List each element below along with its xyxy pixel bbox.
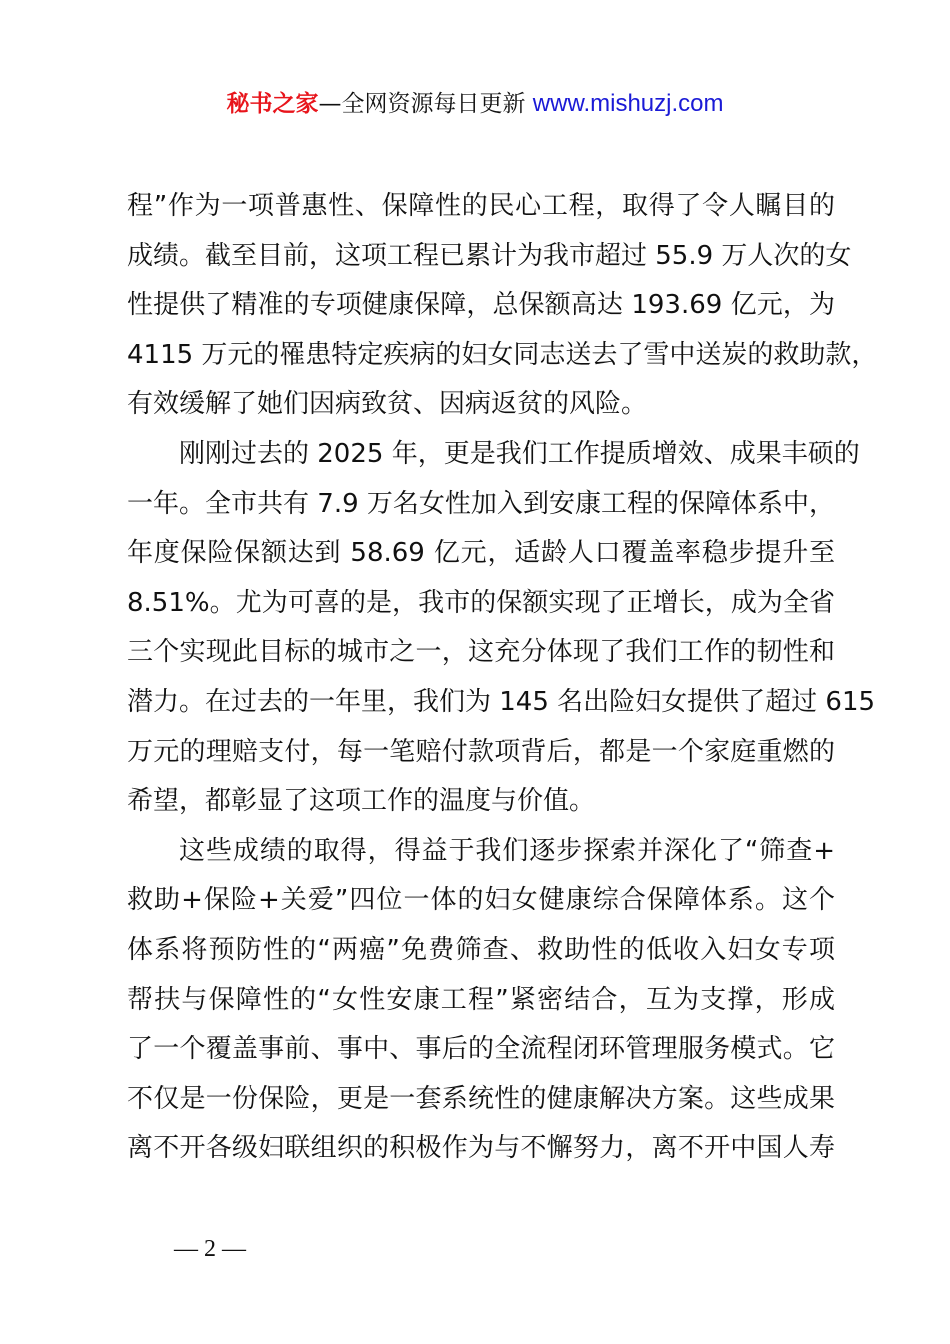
slogan: —全网资源每日更新: [318, 91, 525, 117]
text-line: 帮扶与保障性的“女性安康工程”紧密结合，互为支撑，形成: [127, 976, 835, 1026]
text-line: 性提供了精准的专项健康保障，总保额高达 193.69 亿元，为: [127, 281, 835, 331]
text-line: 刚刚过去的 2025 年，更是我们工作提质增效、成果丰硕的: [127, 430, 835, 480]
text-line: 有效缓解了她们因病致贫、因病返贫的风险。: [127, 380, 835, 430]
text-line: 一年。全市共有 7.9 万名女性加入到安康工程的保障体系中，: [127, 480, 835, 530]
text-line: 年度保险保额达到 58.69 亿元，适龄人口覆盖率稳步提升至: [127, 529, 835, 579]
paragraph: 刚刚过去的 2025 年，更是我们工作提质增效、成果丰硕的 一年。全市共有 7.…: [127, 430, 835, 827]
paragraph: 这些成绩的取得，得益于我们逐步探索并深化了“筛查+ 救助+保险+关爱”四位一体的…: [127, 827, 835, 1174]
document-body: 程”作为一项普惠性、保障性的民心工程，取得了令人瞩目的 成绩。截至目前，这项工程…: [127, 182, 835, 1174]
text-line: 程”作为一项普惠性、保障性的民心工程，取得了令人瞩目的: [127, 182, 835, 232]
text-line: 救助+保险+关爱”四位一体的妇女健康综合保障体系。这个: [127, 876, 835, 926]
brand-name: 秘书之家: [226, 91, 318, 117]
site-banner: 秘书之家—全网资源每日更新 www.mishuzj.com: [0, 86, 950, 122]
text-line: 三个实现此目标的城市之一，这充分体现了我们工作的韧性和: [127, 628, 835, 678]
text-line: 万元的理赔支付，每一笔赔付款项背后，都是一个家庭重燃的: [127, 728, 835, 778]
text-line: 了一个覆盖事前、事中、事后的全流程闭环管理服务模式。它: [127, 1025, 835, 1075]
page-number: — 2 —: [174, 1236, 246, 1263]
text-line: 离不开各级妇联组织的积极作为与不懈努力，离不开中国人寿: [127, 1124, 835, 1174]
text-line: 希望，都彰显了这项工作的温度与价值。: [127, 777, 835, 827]
text-line: 体系将预防性的“两癌”免费筛查、救助性的低收入妇女专项: [127, 926, 835, 976]
text-line: 8.51%。尤为可喜的是，我市的保额实现了正增长，成为全省: [127, 579, 835, 629]
text-line: 4115 万元的罹患特定疾病的妇女同志送去了雪中送炭的救助款，: [127, 331, 835, 381]
text-line: 潜力。在过去的一年里，我们为 145 名出险妇女提供了超过 615: [127, 678, 835, 728]
text-line: 成绩。截至目前，这项工程已累计为我市超过 55.9 万人次的女: [127, 232, 835, 282]
site-url-link[interactable]: www.mishuzj.com: [533, 90, 724, 117]
paragraph: 程”作为一项普惠性、保障性的民心工程，取得了令人瞩目的 成绩。截至目前，这项工程…: [127, 182, 835, 430]
text-line: 这些成绩的取得，得益于我们逐步探索并深化了“筛查+: [127, 827, 835, 877]
text-line: 不仅是一份保险，更是一套系统性的健康解决方案。这些成果: [127, 1075, 835, 1125]
